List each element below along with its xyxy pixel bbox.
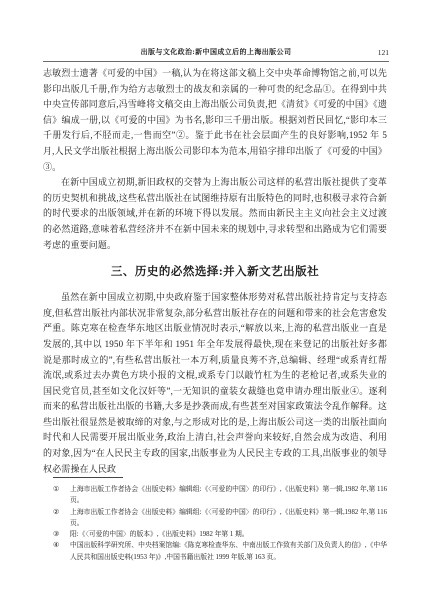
footnote-3: ③ 阳:《〈可爱的中国〉的版本》,《出版史料》1982 年第 1 期。 [43,529,387,540]
footnotes-block: ① 上海市出版工作者协会《出版史料》编辑组:《〈可爱的中国〉的印行》,《出版史料… [43,477,387,563]
footnote-separator-rule [53,477,123,478]
footnote-1: ① 上海市出版工作者协会《出版史料》编辑组:《〈可爱的中国〉的印行》,《出版史料… [43,484,387,507]
document-page: 出版与文化政治:新中国成立后的上海出版公司 121 志敏烈士遗著《可爱的中国》一… [0,0,427,601]
footnote-2-marker: ② [53,507,59,518]
running-head-title: 出版与文化政治:新中国成立后的上海出版公司 [43,46,389,59]
footnote-2-text: 上海市出版工作者协会《出版史料》编辑组:《〈可爱的中国〉的印行》,《出版史料》第… [70,509,387,527]
footnote-3-text: 阳:《〈可爱的中国〉的版本》,《出版史料》1982 年第 1 期。 [70,531,249,538]
body-text: 志敏烈士遗著《可爱的中国》一稿,认为在将这部文稿上交中央革命博物馆之前,可以先影… [43,66,387,477]
footnote-1-text: 上海市出版工作者协会《出版史料》编辑组:《〈可爱的中国〉的印行》,《出版史料》第… [70,486,387,504]
footnote-2: ② 上海市出版工作者协会《出版史料》编辑组:《〈可爱的中国〉的印行》,《出版史料… [43,507,387,530]
paragraph-1: 志敏烈士遗著《可爱的中国》一稿,认为在将这部文稿上交中央革命博物馆之前,可以先影… [43,66,387,175]
footnote-1-marker: ① [53,484,59,495]
footnote-4-marker: ④ [53,540,59,551]
footnote-4: ④ 中国出版科学研究所、中央档案馆编:《陈克寒检查华东、中南出版工作致有关部门及… [43,540,387,563]
section-heading: 三、历史的必然选择:并入新文艺出版社 [43,263,387,279]
page-header: 出版与文化政治:新中国成立后的上海出版公司 121 [43,46,389,62]
paragraph-3: 虽然在新中国成立初期,中央政府鉴于国家整体形势对私营出版社持肯定与支持态度,但私… [43,290,387,477]
footnote-3-marker: ③ [53,529,59,540]
footnote-4-text: 中国出版科学研究所、中央档案馆编:《陈克寒检查华东、中南出版工作致有关部门及负责… [70,542,387,560]
page-number: 121 [378,46,389,59]
paragraph-2: 在新中国成立初期,新旧政权的交替为上海出版公司这样的私营出版社提供了变革的历史契… [43,175,387,253]
